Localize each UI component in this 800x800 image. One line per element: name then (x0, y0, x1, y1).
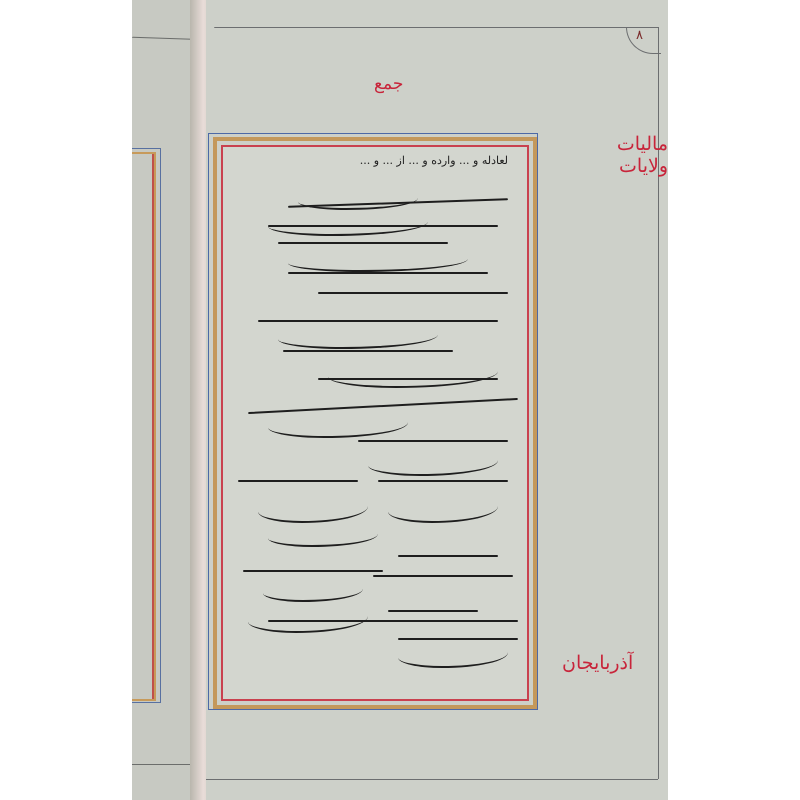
page-number: ۸ (636, 28, 643, 43)
script-swash (268, 525, 378, 547)
script-stroke (358, 440, 508, 442)
script-stroke (388, 610, 478, 612)
left-page-frame (132, 152, 156, 701)
script-stroke (238, 480, 358, 482)
page-top-rule (214, 27, 658, 28)
first-text-line: لعادله و ... وارده و ... از ... و ... (360, 154, 508, 167)
margin-heading-taxes: مالیات ولایات (562, 133, 668, 177)
script-stroke (373, 575, 513, 577)
script-stroke (288, 272, 488, 274)
background (668, 0, 800, 800)
page-number-corner (626, 27, 661, 54)
script-stroke (398, 638, 518, 640)
script-swash (268, 412, 408, 438)
script-swash (388, 495, 498, 523)
script-swash (258, 495, 368, 523)
script-swash (263, 580, 363, 602)
script-stroke (378, 480, 508, 482)
page-bottom-rule (206, 779, 658, 780)
margin-heading-azerbaijan: آذربایجان (562, 652, 633, 674)
top-heading: جمع (374, 74, 403, 94)
script-swash (248, 605, 368, 633)
script-swash (278, 325, 438, 349)
script-stroke (278, 242, 448, 244)
manuscript-text-block: لعادله و ... وارده و ... از ... و ... (228, 150, 518, 690)
script-swash (368, 450, 498, 476)
script-stroke (243, 570, 383, 572)
script-stroke (258, 320, 498, 322)
script-swash (298, 190, 418, 210)
script-stroke (318, 292, 508, 294)
script-swash (288, 250, 468, 272)
script-swash (328, 360, 498, 388)
script-swash (398, 642, 508, 668)
script-swash (268, 212, 428, 236)
script-stroke (283, 350, 453, 352)
script-stroke (398, 555, 498, 557)
